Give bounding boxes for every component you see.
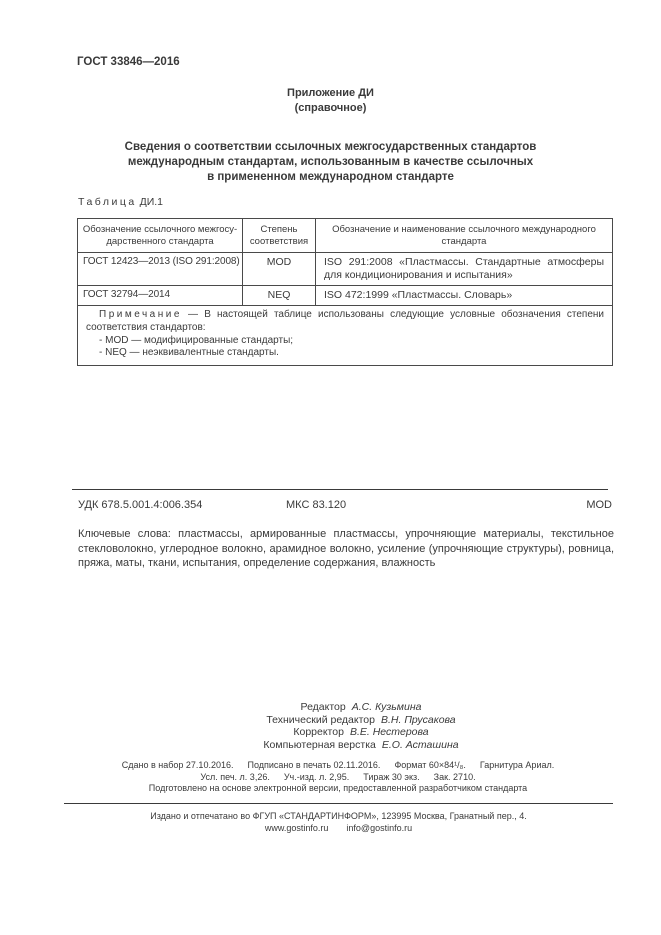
table-note: Примечание — В настоящей таблице использ… [78,306,613,366]
divider-rule [72,489,608,490]
table-caption-number: ДИ.1 [140,196,163,208]
mks-code: МКС 83.120 [286,499,346,511]
col-header-gost-line-2: дарственного стандарта [81,236,239,248]
credit-line-editor: РедакторА.С. Кузьмина [78,701,644,714]
imprint-line-1: Сдано в набор 27.10.2016.Подписано в печ… [64,760,612,772]
correspondence-table: Обозначение ссылочного межгосу- дарствен… [77,218,613,366]
imprint-pub-sheets: Уч.-изд. л. 2,95. [284,772,349,784]
imprint-line-3: Подготовлено на основе электронной верси… [64,783,612,795]
imprint-format: Формат 60×84¹/₈. [394,760,465,772]
col-header-iso-line-1: Обозначение и наименование ссылочного ме… [319,224,609,236]
classification-row: УДК 678.5.001.4:006.354 МКС 83.120 MOD [78,499,612,511]
imprint-block: Сдано в набор 27.10.2016.Подписано в печ… [64,760,612,795]
col-header-degree-line-2: соответствия [246,236,312,248]
col-header-gost: Обозначение ссылочного межгосу- дарствен… [78,219,243,253]
credit-line-layout: Компьютерная версткаЕ.О. Асташина [78,739,644,752]
imprint-print-sheets: Усл. печ. л. 3,26. [200,772,269,784]
credit-name: В.Е. Нестерова [350,726,429,738]
imprint-typeset-date: Сдано в набор 27.10.2016. [122,760,234,772]
credit-role: Компьютерная верстка [263,739,375,751]
note-item-mod: - MOD — модифицированные стандарты; [86,335,604,348]
section-title: Сведения о соответствии ссылочных межгос… [0,140,661,185]
publisher-block: Издано и отпечатано во ФГУП «СТАНДАРТИНФ… [64,803,613,834]
cell-gost-standard: ГОСТ 12423—2013 (ISO 291:2008) [78,253,243,286]
publisher-contacts: www.gostinfo.ruinfo@gostinfo.ru [64,822,613,834]
section-title-line-3: в примененном международном стандарте [0,170,661,185]
col-header-degree: Степень соответствия [243,219,316,253]
note-item-neq: - NEQ — неэквивалентные стандарты. [86,347,604,360]
cell-gost-standard: ГОСТ 32794—2014 [78,286,243,306]
cell-degree: MOD [243,253,316,286]
keywords-paragraph: Ключевые слова: пластмассы, армированные… [78,527,614,571]
appendix-subtitle: (справочное) [0,101,661,116]
email-text: info@gostinfo.ru [346,823,412,833]
table-caption: Таблица ДИ.1 [78,196,163,208]
credit-line-technical-editor: Технический редакторВ.Н. Прусакова [78,714,644,727]
credit-role: Редактор [301,701,346,713]
col-header-gost-line-1: Обозначение ссылочного межгосу- [81,224,239,236]
col-header-iso-line-2: стандарта [319,236,609,248]
credit-name: А.С. Кузьмина [352,701,422,713]
credit-role: Технический редактор [266,714,375,726]
table-row: ГОСТ 32794—2014 NEQ ISO 472:1999 «Пластм… [78,286,613,306]
col-header-iso: Обозначение и наименование ссылочного ме… [316,219,613,253]
cell-degree: NEQ [243,286,316,306]
degree-code: MOD [586,499,612,511]
imprint-typeface: Гарнитура Ариал. [480,760,554,772]
col-header-degree-line-1: Степень [246,224,312,236]
cell-iso-standard: ISO 291:2008 «Пластмассы. Стандартные ат… [316,253,613,286]
cell-iso-standard: ISO 472:1999 «Пластмассы. Словарь» [316,286,613,306]
appendix-title: Приложение ДИ [0,86,661,101]
section-title-line-1: Сведения о соответствии ссылочных межгос… [0,140,661,155]
credit-name: В.Н. Прусакова [381,714,456,726]
udk-code: УДК 678.5.001.4:006.354 [78,499,202,511]
document-page: ГОСТ 33846—2016 Приложение ДИ (справочно… [0,0,661,935]
credit-name: Е.О. Асташина [382,739,459,751]
doc-code: ГОСТ 33846—2016 [77,56,180,68]
section-title-line-2: международным стандартам, использованным… [0,155,661,170]
credits-block: РедакторА.С. Кузьмина Технический редакт… [78,701,644,751]
table-caption-word: Таблица [78,196,137,208]
imprint-line-2: Усл. печ. л. 3,26.Уч.-изд. л. 2,95.Тираж… [64,772,612,784]
imprint-circulation: Тираж 30 экз. [363,772,419,784]
appendix-heading: Приложение ДИ (справочное) [0,86,661,115]
table-note-row: Примечание — В настоящей таблице использ… [78,306,613,366]
note-intro: Примечание — В настоящей таблице использ… [86,309,604,335]
table-row: ГОСТ 12423—2013 (ISO 291:2008) MOD ISO 2… [78,253,613,286]
website-text: www.gostinfo.ru [265,823,329,833]
imprint-print-date: Подписано в печать 02.11.2016. [247,760,380,772]
note-label: Примечание [99,309,182,320]
publisher-line: Издано и отпечатано во ФГУП «СТАНДАРТИНФ… [64,810,613,822]
imprint-order-number: Зак. 2710. [434,772,476,784]
credit-line-corrector: КорректорВ.Е. Нестерова [78,726,644,739]
table-header-row: Обозначение ссылочного межгосу- дарствен… [78,219,613,253]
credit-role: Корректор [293,726,344,738]
